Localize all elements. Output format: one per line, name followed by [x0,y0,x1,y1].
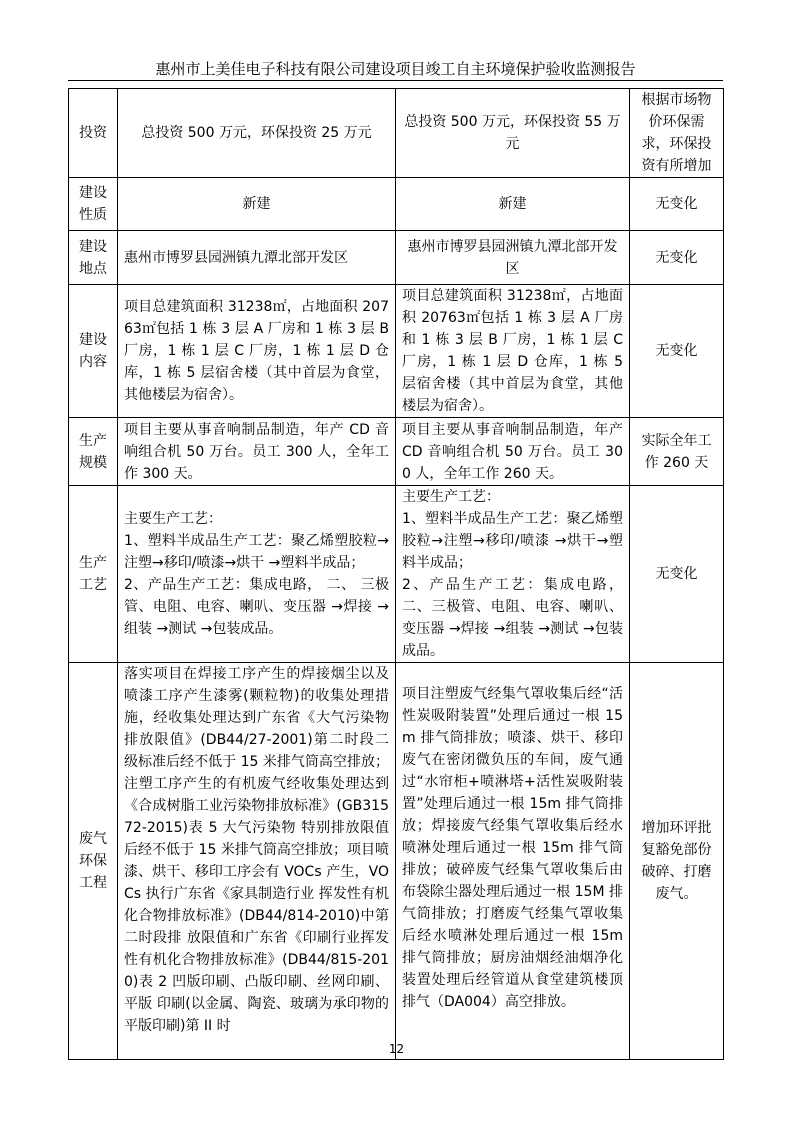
actual-cell: 惠州市博罗县园洲镇九潭北部开发区 [396,231,630,285]
process-heading: 主要生产工艺： [124,508,389,530]
process-step-2: 2、产品生产工艺：集成电路， 二、 三极管、电阻、电容、喇叭、变压器 →焊接 →… [124,574,389,640]
actual-cell: 项目总建筑面积 31238㎡，占地面积 20763㎡包括 1 栋 3 层 A 厂… [396,285,630,418]
change-cell: 无变化 [630,178,724,231]
table-row-content: 建设内容 项目总建筑面积 31238㎡，占地面积 20763㎡包括 1 栋 3 … [69,285,724,418]
actual-cell: 项目主要从事音响制品制造，年产 CD 音响组合机 50 万台。员工 300 人，… [396,418,630,486]
change-cell: 实际全年工作 260 天 [630,418,724,486]
change-cell: 根据市场物价环保需求，环保投资有所增加 [630,89,724,178]
row-label: 建设内容 [69,285,118,418]
report-header-title: 惠州市上美佳电子科技有限公司建设项目竣工自主环境保护验收监测报告 [68,58,723,79]
row-label: 生产规模 [69,418,118,486]
table-row-location: 建设地点 惠州市博罗县园洲镇九潭北部开发区 惠州市博罗县园洲镇九潭北部开发区 无… [69,231,724,285]
actual-cell: 主要生产工艺： 1、塑料半成品生产工艺：聚乙烯塑胶粒→注塑→移印/喷漆 →烘干→… [396,486,630,663]
planned-cell: 惠州市博罗县园洲镇九潭北部开发区 [118,231,396,285]
planned-cell: 项目总建筑面积 31238㎡，占地面积 20763㎡包括 1 栋 3 层 A 厂… [118,285,396,418]
actual-cell: 新建 [396,178,630,231]
process-step-1: 1、塑料半成品生产工艺：聚乙烯塑胶粒→注塑→移印/喷漆→烘干 →塑料半成品； [124,530,389,574]
process-heading: 主要生产工艺： [402,486,623,508]
planned-cell: 主要生产工艺： 1、塑料半成品生产工艺：聚乙烯塑胶粒→注塑→移印/喷漆→烘干 →… [118,486,396,663]
actual-cell: 项目注塑废气经集气罩收集后经“活性炭吸附装置”处理后通过一根 15m 排气筒排放… [396,663,630,1060]
row-label: 建设性质 [69,178,118,231]
actual-cell: 总投资 500 万元，环保投资 55 万元 [396,89,630,178]
change-cell: 无变化 [630,285,724,418]
table-row-investment: 投资 总投资 500 万元，环保投资 25 万元 总投资 500 万元，环保投资… [69,89,724,178]
comparison-table: 投资 总投资 500 万元，环保投资 25 万元 总投资 500 万元，环保投资… [68,88,724,1060]
table-row-nature: 建设性质 新建 新建 无变化 [69,178,724,231]
row-label: 建设地点 [69,231,118,285]
page-number: 12 [0,1042,793,1056]
row-label: 生产工艺 [69,486,118,663]
planned-cell: 落实项目在焊接工序产生的焊接烟尘以及喷漆工序产生漆雾(颗粒物)的收集处理措施，经… [118,663,396,1060]
planned-cell: 新建 [118,178,396,231]
row-label: 废气环保工程 [69,663,118,1060]
planned-cell: 项目主要从事音响制品制造，年产 CD 音响组合机 50 万台。员工 300 人，… [118,418,396,486]
table-row-exhaust: 废气环保工程 落实项目在焊接工序产生的焊接烟尘以及喷漆工序产生漆雾(颗粒物)的收… [69,663,724,1060]
change-cell: 无变化 [630,231,724,285]
change-cell: 无变化 [630,486,724,663]
row-label: 投资 [69,89,118,178]
process-step-2: 2、产品生产工艺：集成电路， 二、三极管、电阻、电容、喇叭、变压器 →焊接 →组… [402,574,623,662]
process-step-1: 1、塑料半成品生产工艺：聚乙烯塑胶粒→注塑→移印/喷漆 →烘干→塑料半成品； [402,508,623,574]
change-cell: 增加环评批复豁免部份破碎、打磨废气。 [630,663,724,1060]
table-row-scale: 生产规模 项目主要从事音响制品制造，年产 CD 音响组合机 50 万台。员工 3… [69,418,724,486]
header-divider [68,80,723,81]
table-row-process: 生产工艺 主要生产工艺： 1、塑料半成品生产工艺：聚乙烯塑胶粒→注塑→移印/喷漆… [69,486,724,663]
planned-cell: 总投资 500 万元，环保投资 25 万元 [118,89,396,178]
